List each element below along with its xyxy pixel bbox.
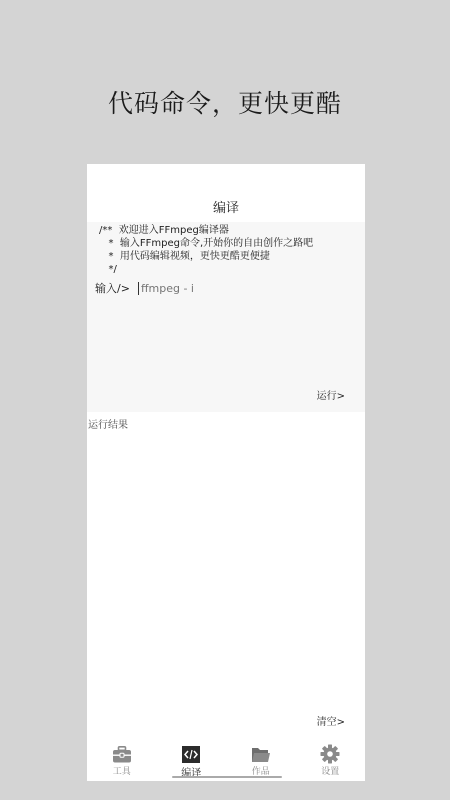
- comment-line: * 用代码编辑视频，更快更酷更便捷: [99, 251, 270, 262]
- tab-settings[interactable]: 设置: [296, 741, 366, 781]
- promo-headline: 代码命令，更快更酷: [0, 84, 450, 120]
- tab-label: 工具: [113, 764, 131, 777]
- toolbox-icon: [112, 745, 132, 763]
- tab-tools[interactable]: 工具: [87, 741, 157, 781]
- home-indicator[interactable]: [172, 776, 282, 778]
- welcome-comment: /** 欢迎进入FFmpeg编译器 * 输入FFmpeg命令,开始你的自由创作之…: [99, 224, 313, 276]
- bottom-tab-bar: 工具 编译 作品: [87, 741, 365, 781]
- tab-label: 设置: [321, 764, 339, 777]
- run-button[interactable]: 运行>: [317, 387, 345, 402]
- command-prompt-row: 输入/>: [95, 280, 321, 296]
- comment-line: */: [99, 264, 117, 275]
- command-input[interactable]: [138, 282, 321, 295]
- tab-compile[interactable]: 编译: [157, 741, 227, 781]
- comment-line: * 输入FFmpeg命令,开始你的自由创作之路吧: [99, 238, 313, 249]
- comment-line: /** 欢迎进入FFmpeg编译器: [99, 225, 229, 236]
- code-icon: [181, 745, 201, 763]
- tab-works[interactable]: 作品: [226, 741, 296, 781]
- clear-button[interactable]: 清空>: [317, 713, 345, 728]
- page-title: 编译: [87, 197, 365, 216]
- prompt-label: 输入/>: [95, 280, 130, 296]
- result-label: 运行结果: [88, 416, 128, 431]
- app-screen: 编译 /** 欢迎进入FFmpeg编译器 * 输入FFmpeg命令,开始你的自由…: [87, 164, 365, 781]
- folder-icon: [251, 745, 271, 763]
- gear-icon: [320, 745, 340, 763]
- code-editor[interactable]: /** 欢迎进入FFmpeg编译器 * 输入FFmpeg命令,开始你的自由创作之…: [87, 222, 365, 412]
